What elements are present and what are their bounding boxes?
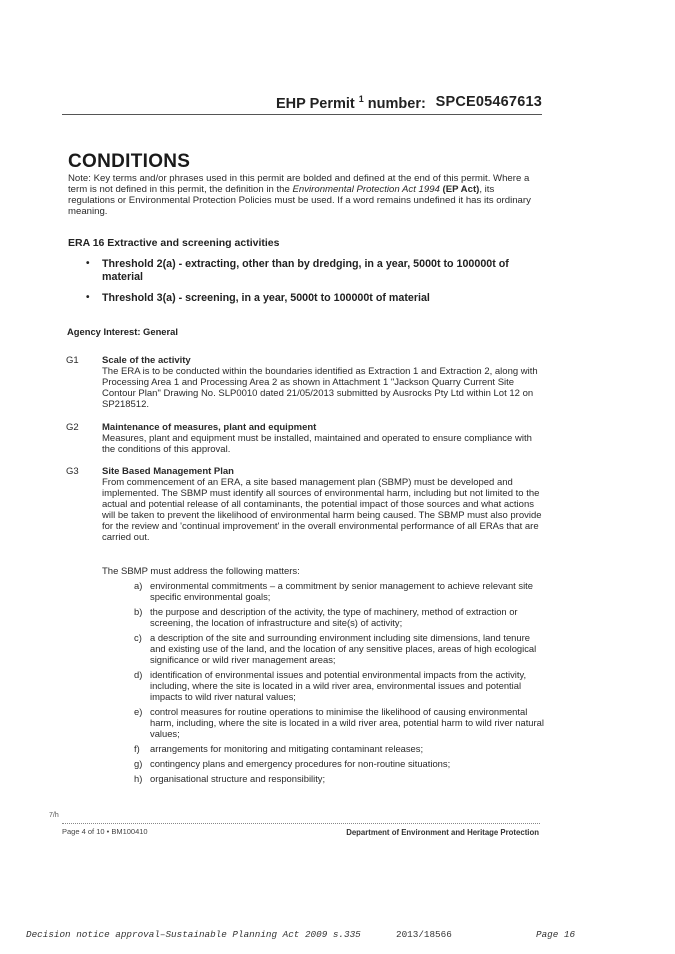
act-name: Environmental Protection Act 1994 xyxy=(293,184,440,195)
matter-text: control measures for routine operations … xyxy=(150,706,544,739)
condition-g2: G2 Maintenance of measures, plant and eq… xyxy=(66,422,546,455)
matter-text: environmental commitments – a commitment… xyxy=(150,580,533,602)
conditions-note: Note: Key terms and/or phrases used in t… xyxy=(68,173,538,217)
permit-label-text: EHP Permit xyxy=(276,96,355,112)
condition-text: Measures, plant and equipment must be in… xyxy=(102,433,546,455)
matter-text: a description of the site and surroundin… xyxy=(150,632,536,665)
sbmp-intro: The SBMP must address the following matt… xyxy=(102,566,300,577)
matter-item: c)a description of the site and surround… xyxy=(134,632,544,665)
condition-id: G1 xyxy=(66,355,79,366)
footer-mark: 7/h xyxy=(49,812,59,819)
condition-text: The ERA is to be conducted within the bo… xyxy=(102,366,546,410)
matter-text: arrangements for monitoring and mitigati… xyxy=(150,743,423,754)
matter-text: the purpose and description of the activ… xyxy=(150,606,518,628)
bullet-icon: • xyxy=(86,258,90,271)
matter-text: contingency plans and emergency procedur… xyxy=(150,758,450,769)
matter-item: h)organisational structure and responsib… xyxy=(134,773,544,784)
condition-text: From commencement of an ERA, a site base… xyxy=(102,477,546,543)
permit-header: EHP Permit 1 number: SPCE05467613 xyxy=(62,92,542,115)
matter-item: f)arrangements for monitoring and mitiga… xyxy=(134,743,544,754)
threshold-list: •Threshold 2(a) - extracting, other than… xyxy=(86,258,546,314)
page-number: Page 16 xyxy=(536,929,575,940)
act-abbrev: (EP Act) xyxy=(440,184,479,195)
matter-text: identification of environmental issues a… xyxy=(150,669,526,702)
conditions-title: CONDITIONS xyxy=(68,151,190,173)
footer-divider xyxy=(62,823,540,824)
matter-item: d)identification of environmental issues… xyxy=(134,669,544,702)
threshold-text: Threshold 3(a) - screening, in a year, 5… xyxy=(102,292,430,304)
bullet-icon: • xyxy=(86,292,90,305)
threshold-text: Threshold 2(a) - extracting, other than … xyxy=(102,258,509,283)
condition-id: G2 xyxy=(66,422,79,433)
condition-title: Site Based Management Plan xyxy=(102,466,546,477)
agency-interest: Agency Interest: General xyxy=(67,326,178,337)
matter-item: g)contingency plans and emergency proced… xyxy=(134,758,544,769)
condition-g1: G1 Scale of the activity The ERA is to b… xyxy=(66,355,546,410)
permit-label: EHP Permit 1 number: xyxy=(276,94,426,112)
footer-page-info: Page 4 of 10 • BM100410 xyxy=(62,827,148,836)
matter-label: c) xyxy=(134,632,142,643)
permit-label-suffix: number: xyxy=(364,96,426,112)
matter-label: f) xyxy=(134,743,140,754)
matter-label: e) xyxy=(134,706,142,717)
matter-label: a) xyxy=(134,580,142,591)
matter-label: b) xyxy=(134,606,142,617)
condition-title: Maintenance of measures, plant and equip… xyxy=(102,422,546,433)
condition-id: G3 xyxy=(66,466,79,477)
threshold-item: •Threshold 3(a) - screening, in a year, … xyxy=(86,292,546,305)
era-heading: ERA 16 Extractive and screening activiti… xyxy=(68,237,279,249)
condition-g3: G3 Site Based Management Plan From comme… xyxy=(66,466,546,543)
matter-label: d) xyxy=(134,669,142,680)
matter-text: organisational structure and responsibil… xyxy=(150,773,325,784)
permit-number: SPCE05467613 xyxy=(436,94,542,110)
reference-number: 2013/18566 xyxy=(396,929,452,940)
threshold-item: •Threshold 2(a) - extracting, other than… xyxy=(86,258,546,283)
footer-department: Department of Environment and Heritage P… xyxy=(346,828,539,837)
matter-item: e)control measures for routine operation… xyxy=(134,706,544,739)
matter-label: h) xyxy=(134,773,142,784)
condition-title: Scale of the activity xyxy=(102,355,546,366)
sbmp-matters-list: a)environmental commitments – a commitme… xyxy=(134,580,544,788)
decision-notice-title: Decision notice approval–Sustainable Pla… xyxy=(26,929,361,940)
matter-item: b)the purpose and description of the act… xyxy=(134,606,544,628)
matter-label: g) xyxy=(134,758,142,769)
matter-item: a)environmental commitments – a commitme… xyxy=(134,580,544,602)
